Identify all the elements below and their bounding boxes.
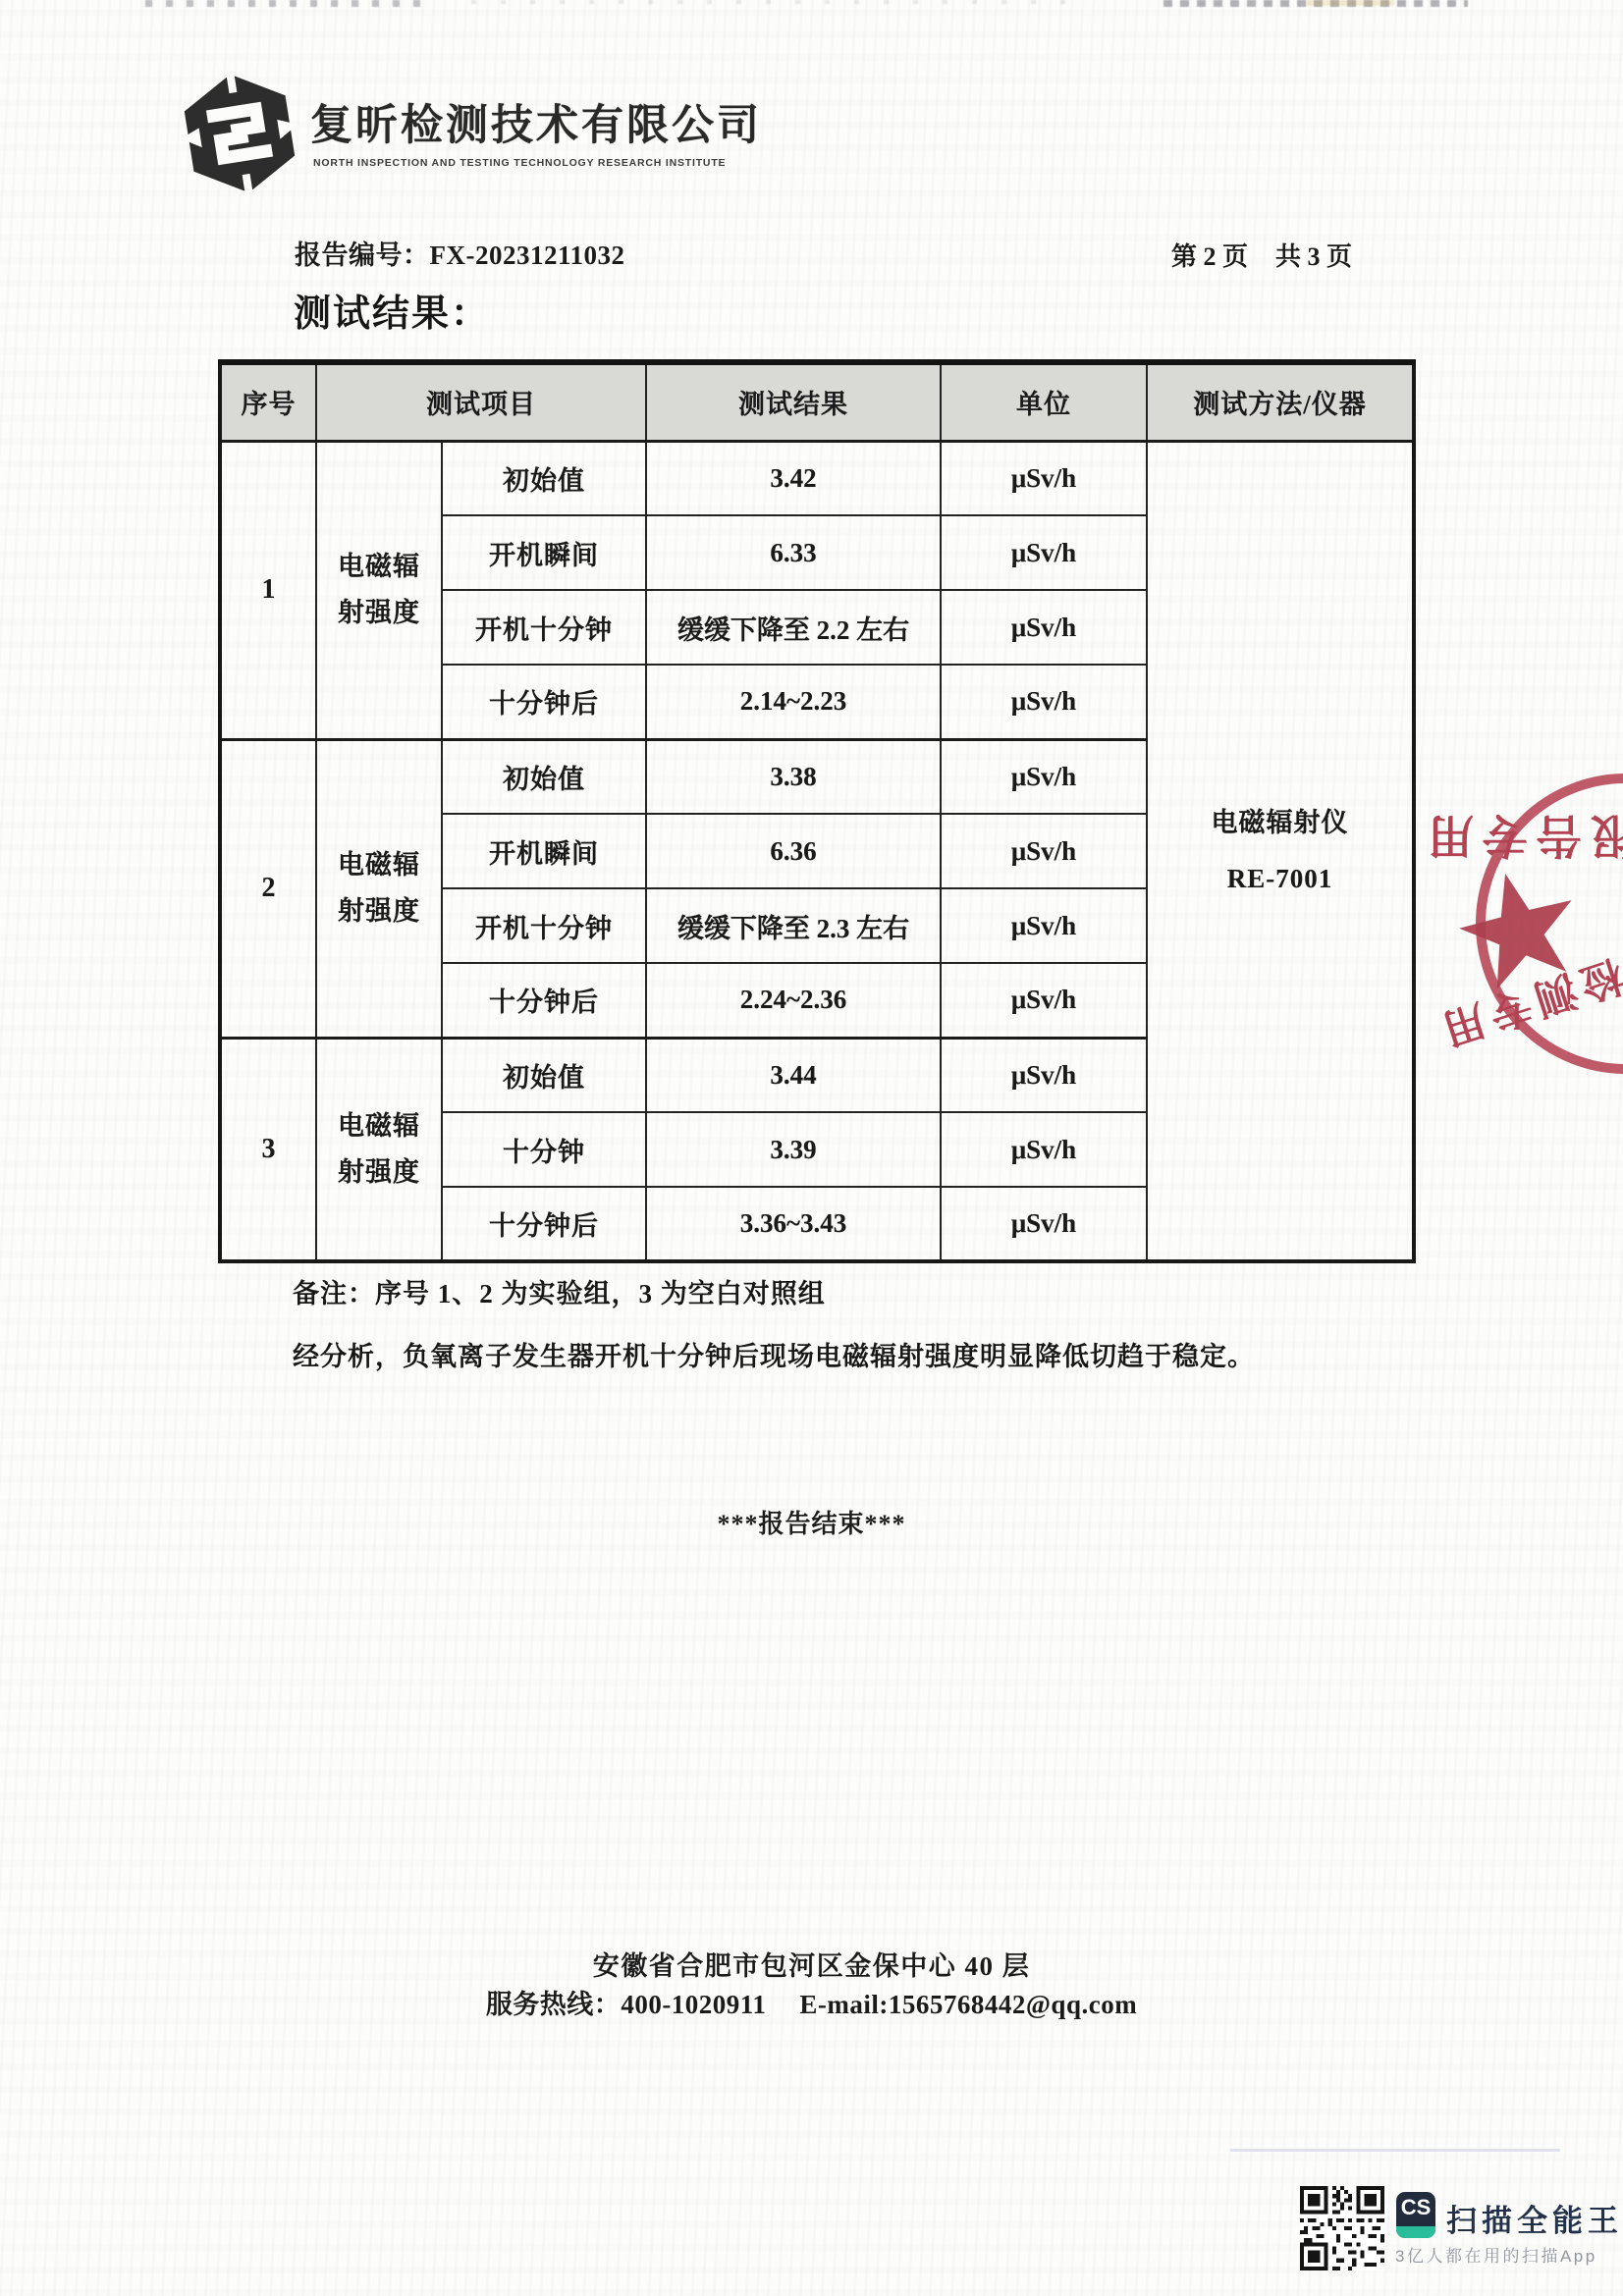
report-number-value: FX-20231211032 xyxy=(430,240,625,270)
cs-app-tagline: 3亿人都在用的扫描App xyxy=(1395,2242,1597,2267)
unit-cell: μSv/h xyxy=(941,814,1147,888)
param-cell: 十分钟后 xyxy=(442,665,646,739)
param-cell: 十分钟后 xyxy=(442,963,646,1038)
group-item: 电磁辐射强度 xyxy=(316,1038,442,1261)
unit-cell: μSv/h xyxy=(941,441,1147,515)
param-cell: 十分钟 xyxy=(442,1112,646,1187)
report-number-label: 报告编号： xyxy=(295,240,430,270)
section-title: 测试结果： xyxy=(294,283,490,337)
footer-email: E-mail:1565768442@qq.com xyxy=(799,1990,1137,2019)
stamp-top-text: 报告专用 xyxy=(1420,809,1623,860)
header-unit: 单位 xyxy=(941,362,1147,441)
cs-app-name: 扫描全能王 xyxy=(1446,2196,1623,2240)
method-cell: 电磁辐射仪 RE-7001 xyxy=(1147,441,1414,1261)
method-name: 电磁辐射仪 xyxy=(1154,795,1406,851)
result-cell: 3.39 xyxy=(646,1112,941,1187)
page-current: 第 2 页 xyxy=(1171,242,1248,271)
footer-contact: 服务热线：400-1020911E-mail:1565768442@qq.com xyxy=(0,1983,1623,2021)
result-cell: 2.24~2.36 xyxy=(646,963,941,1038)
header-result: 测试结果 xyxy=(646,362,941,441)
top-scan-artifact xyxy=(145,0,430,7)
param-cell: 初始值 xyxy=(442,441,646,515)
header-no: 序号 xyxy=(220,362,316,441)
analysis-note: 经分析，负氧离子发生器开机十分钟后现场电磁辐射强度明显降低切趋于稳定。 xyxy=(293,1335,1255,1373)
unit-cell: μSv/h xyxy=(941,739,1147,814)
hotline-label: 服务热线： xyxy=(486,1990,622,2019)
header-item: 测试项目 xyxy=(316,362,646,441)
qr-code xyxy=(1300,2186,1384,2270)
cs-app-icon-strip xyxy=(1396,2226,1435,2238)
cs-app-icon: CS xyxy=(1396,2192,1435,2238)
group-item: 电磁辐射强度 xyxy=(316,441,442,739)
param-cell: 十分钟后 xyxy=(442,1187,646,1261)
report-end-mark: ***报告结束*** xyxy=(0,1504,1623,1540)
result-cell: 3.42 xyxy=(646,441,941,515)
unit-cell: μSv/h xyxy=(941,1038,1147,1112)
report-number-line: 报告编号：FX-20231211032 xyxy=(295,234,625,272)
company-name: 复昕检测技术有限公司 xyxy=(310,92,762,152)
top-scan-artifact xyxy=(471,0,1080,4)
result-cell: 6.33 xyxy=(646,515,941,590)
company-logo-icon xyxy=(181,71,298,196)
page-total: 共 3 页 xyxy=(1275,242,1352,271)
result-cell: 6.36 xyxy=(646,814,941,888)
group-no: 2 xyxy=(220,739,316,1038)
scanned-report-page: 复昕检测技术有限公司 NORTH INSPECTION AND TESTING … xyxy=(0,0,1623,2296)
param-cell: 初始值 xyxy=(442,739,646,814)
param-cell: 开机十分钟 xyxy=(442,590,646,665)
param-cell: 开机瞬间 xyxy=(442,515,646,590)
param-cell: 开机瞬间 xyxy=(442,814,646,888)
table-row: 1 电磁辐射强度 初始值 3.42 μSv/h 电磁辐射仪 RE-7001 xyxy=(220,441,1414,515)
param-cell: 初始值 xyxy=(442,1038,646,1112)
red-stamp: 报告专用 检测专用 xyxy=(1414,731,1623,1119)
footer-address: 安徽省合肥市包河区金保中心 40 层 xyxy=(0,1945,1623,1983)
result-cell: 3.44 xyxy=(646,1038,941,1112)
header-method: 测试方法/仪器 xyxy=(1147,362,1414,441)
result-cell: 2.14~2.23 xyxy=(646,665,941,739)
top-scan-artifact xyxy=(1306,0,1394,6)
unit-cell: μSv/h xyxy=(941,515,1147,590)
method-model: RE-7001 xyxy=(1154,851,1406,907)
group-item: 电磁辐射强度 xyxy=(316,739,442,1038)
remark-note: 备注：序号 1、2 为实验组，3 为空白对照组 xyxy=(293,1272,826,1310)
table-header-row: 序号 测试项目 测试结果 单位 测试方法/仪器 xyxy=(220,362,1414,441)
result-cell: 3.38 xyxy=(646,739,941,814)
unit-cell: μSv/h xyxy=(941,1187,1147,1261)
page-indicator: 第 2 页共 3 页 xyxy=(1171,237,1352,273)
hotline-number: 400-1020911 xyxy=(621,1990,766,2019)
unit-cell: μSv/h xyxy=(941,665,1147,739)
stamp-bottom-text: 检测专用 xyxy=(1432,950,1623,1054)
cs-app-icon-letters: CS xyxy=(1396,2195,1435,2220)
group-no: 1 xyxy=(220,441,316,739)
result-cell: 3.36~3.43 xyxy=(646,1187,941,1261)
unit-cell: μSv/h xyxy=(941,963,1147,1038)
unit-cell: μSv/h xyxy=(941,1112,1147,1187)
unit-cell: μSv/h xyxy=(941,888,1147,963)
result-cell: 缓缓下降至 2.3 左右 xyxy=(646,888,941,963)
param-cell: 开机十分钟 xyxy=(442,888,646,963)
scan-divider-line xyxy=(1230,2149,1560,2152)
company-subtitle: NORTH INSPECTION AND TESTING TECHNOLOGY … xyxy=(313,157,726,169)
unit-cell: μSv/h xyxy=(941,590,1147,665)
group-no: 3 xyxy=(220,1038,316,1261)
result-cell: 缓缓下降至 2.2 左右 xyxy=(646,590,941,665)
results-table: 序号 测试项目 测试结果 单位 测试方法/仪器 1 电磁辐射强度 初始值 3.4… xyxy=(218,359,1416,1263)
